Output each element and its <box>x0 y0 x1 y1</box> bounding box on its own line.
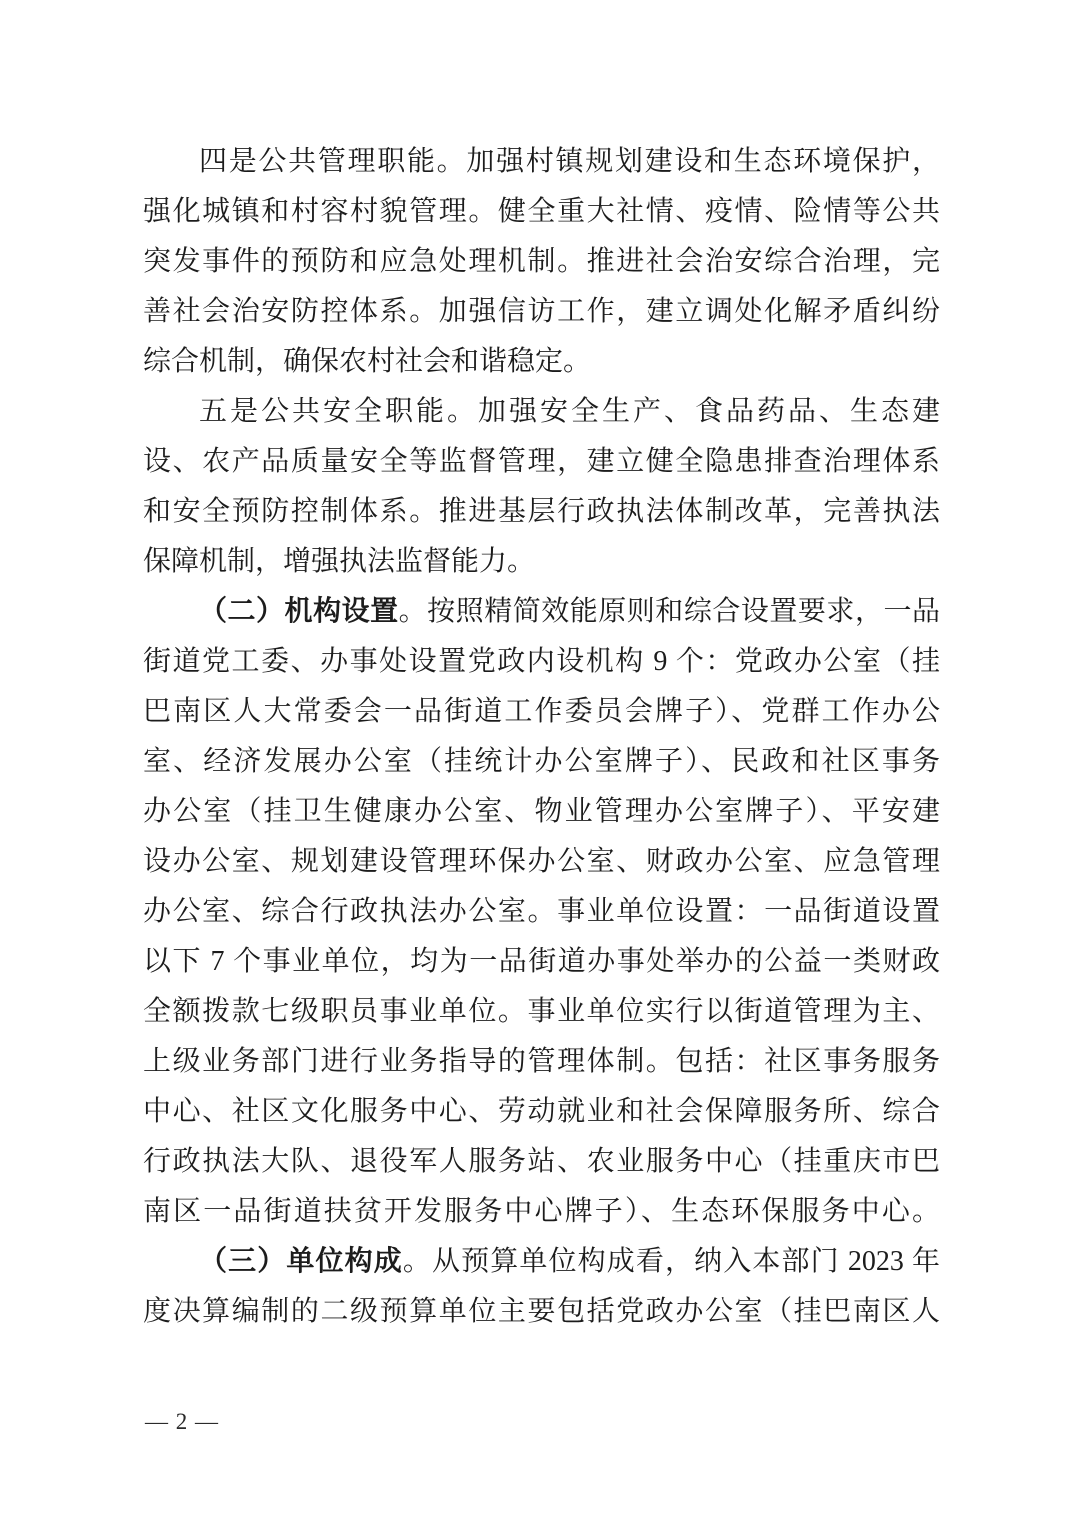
text-line: 设办公室、规划建设管理环保办公室、财政办公室、应急管理 <box>143 837 940 887</box>
section-heading: （三）单位构成 <box>199 1246 403 1277</box>
section-heading: （二）机构设置 <box>199 596 399 627</box>
paragraph-public-safety: 五是公共安全职能。加强安全生产、食品药品、生态建 设、农产品质量安全等监督管理，… <box>143 387 940 587</box>
text-line: 南区一品街道扶贫开发服务中心牌子）、生态环保服务中心。 <box>143 1187 940 1237</box>
paragraph-public-management: 四是公共管理职能。加强村镇规划建设和生态环境保护， 强化城镇和村容村貌管理。健全… <box>143 137 940 387</box>
text-line: （三）单位构成。从预算单位构成看，纳入本部门 2023 年 <box>143 1237 940 1287</box>
text-line: 以下 7 个事业单位，均为一品街道办事处举办的公益一类财政 <box>143 937 940 987</box>
text-line: 四是公共管理职能。加强村镇规划建设和生态环境保护， <box>143 137 940 187</box>
text-line: 五是公共安全职能。加强安全生产、食品药品、生态建 <box>143 387 940 437</box>
page-number: — 2 — <box>145 1407 219 1437</box>
text-line: 全额拨款七级职员事业单位。事业单位实行以街道管理为主、 <box>143 987 940 1037</box>
text-line: 巴南区人大常委会一品街道工作委员会牌子）、党群工作办公 <box>143 687 940 737</box>
text-line: 设、农产品质量安全等监督管理，建立健全隐患排查治理体系 <box>143 437 940 487</box>
text-line: 室、经济发展办公室（挂统计办公室牌子）、民政和社区事务 <box>143 737 940 787</box>
text-line: 突发事件的预防和应急处理机制。推进社会治安综合治理，完 <box>143 237 940 287</box>
paragraph-organization-setup: （二）机构设置。按照精简效能原则和综合设置要求，一品 街道党工委、办事处设置党政… <box>143 587 940 1237</box>
text-line: 保障机制，增强执法监督能力。 <box>143 537 940 587</box>
text-line: 中心、社区文化服务中心、劳动就业和社会保障服务所、综合 <box>143 1087 940 1137</box>
document-page: 四是公共管理职能。加强村镇规划建设和生态环境保护， 强化城镇和村容村貌管理。健全… <box>0 0 1075 1520</box>
text-run: 。从预算单位构成看，纳入本部门 2023 年 <box>403 1246 940 1277</box>
text-line: 办公室（挂卫生健康办公室、物业管理办公室牌子）、平安建 <box>143 787 940 837</box>
text-line: 街道党工委、办事处设置党政内设机构 9 个：党政办公室（挂 <box>143 637 940 687</box>
text-line: 和安全预防控制体系。推进基层行政执法体制改革，完善执法 <box>143 487 940 537</box>
text-line: 善社会治安防控体系。加强信访工作，建立调处化解矛盾纠纷 <box>143 287 940 337</box>
text-line: （二）机构设置。按照精简效能原则和综合设置要求，一品 <box>143 587 940 637</box>
paragraph-unit-composition: （三）单位构成。从预算单位构成看，纳入本部门 2023 年 度决算编制的二级预算… <box>143 1237 940 1337</box>
text-line: 强化城镇和村容村貌管理。健全重大社情、疫情、险情等公共 <box>143 187 940 237</box>
text-line: 综合机制，确保农村社会和谐稳定。 <box>143 337 940 387</box>
document-body: 四是公共管理职能。加强村镇规划建设和生态环境保护， 强化城镇和村容村貌管理。健全… <box>143 137 940 1337</box>
text-line: 上级业务部门进行业务指导的管理体制。包括：社区事务服务 <box>143 1037 940 1087</box>
text-run: 。按照精简效能原则和综合设置要求，一品 <box>399 596 940 627</box>
text-line: 行政执法大队、退役军人服务站、农业服务中心（挂重庆市巴 <box>143 1137 940 1187</box>
text-line: 办公室、综合行政执法办公室。事业单位设置：一品街道设置 <box>143 887 940 937</box>
text-line: 度决算编制的二级预算单位主要包括党政办公室（挂巴南区人 <box>143 1287 940 1337</box>
